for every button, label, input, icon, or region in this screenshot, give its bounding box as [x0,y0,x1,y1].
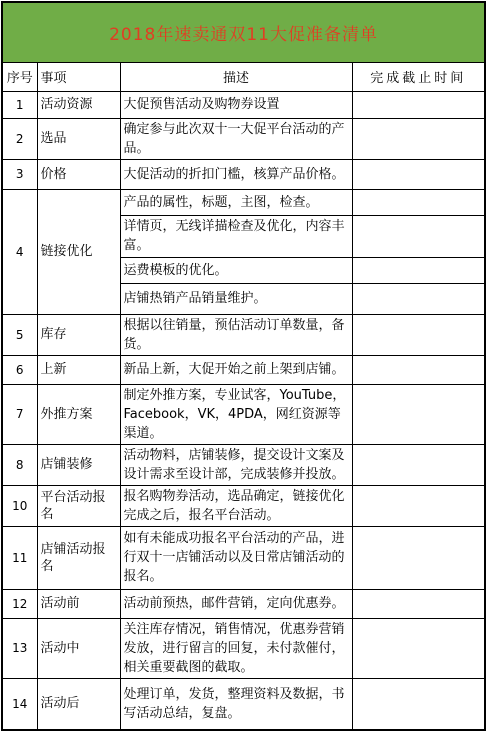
deadline-cell[interactable] [352,355,485,384]
desc-cell[interactable]: 确定参与此次双十一大促平台活动的产品。 [120,118,352,159]
item-cell[interactable]: 外推方案 [37,384,120,444]
no-cell: 10 [2,485,37,526]
item-cell[interactable]: 选品 [37,118,120,159]
desc-cell[interactable]: 大促活动的折扣门槛，核算产品价格。 [120,159,352,189]
no-cell: 2 [2,118,37,159]
deadline-cell[interactable] [352,283,485,314]
table-row: 3 价格 大促活动的折扣门槛，核算产品价格。 [2,159,485,189]
header-desc: 描述 [120,62,352,91]
desc-cell[interactable]: 如有未能成功报名平台活动的产品，进行双十一店铺活动以及日常店铺活动的报名。 [120,526,352,589]
desc-cell[interactable]: 关注库存情况，销售情况，优惠券营销发放，进行留言的回复，未付款催付，相关重要截图… [120,618,352,678]
deadline-cell[interactable] [352,618,485,678]
table-row: 7 外推方案 制定外推方案，专业试客，YouTube，Facebook，VK，4… [2,384,485,444]
desc-cell[interactable]: 新品上新，大促开始之前上架到店铺。 [120,355,352,384]
item-cell[interactable]: 店铺装修 [37,444,120,485]
table-row: 13 活动中 关注库存情况，销售情况，优惠券营销发放，进行留言的回复，未付款催付… [2,618,485,678]
table-row: 2 选品 确定参与此次双十一大促平台活动的产品。 [2,118,485,159]
item-cell[interactable]: 活动前 [37,589,120,618]
page-title: 2018年速卖通双11大促准备清单 [2,2,485,62]
no-cell: 5 [2,314,37,355]
desc-cell[interactable]: 根据以往销量，预估活动订单数量，备货。 [120,314,352,355]
desc-cell[interactable]: 产品的属性，标题，主图，检查。 [120,189,352,215]
deadline-cell[interactable] [352,159,485,189]
no-cell: 3 [2,159,37,189]
no-cell: 11 [2,526,37,589]
no-cell: 1 [2,91,37,118]
no-cell: 14 [2,678,37,730]
no-cell: 12 [2,589,37,618]
desc-cell[interactable]: 详情页，无线详描检查及优化，内容丰富。 [120,215,352,257]
table-row: 8 店铺装修 活动物料，店铺装修，提交设计文案及设计需求至设计部，完成装修并投放… [2,444,485,485]
deadline-cell[interactable] [352,526,485,589]
table-row: 4 链接优化 产品的属性，标题，主图，检查。 [2,189,485,215]
table-row: 5 库存 根据以往销量，预估活动订单数量，备货。 [2,314,485,355]
table-row: 1 活动资源 大促预售活动及购物券设置 [2,91,485,118]
table-row: 12 活动前 活动前预热，邮件营销，定向优惠券。 [2,589,485,618]
desc-cell[interactable]: 报名购物券活动，选品确定，链接优化完成之后，报名平台活动。 [120,485,352,526]
no-cell: 8 [2,444,37,485]
no-cell: 7 [2,384,37,444]
checklist-table: 2018年速卖通双11大促准备清单 序号 事项 描述 完成截止时间 1 活动资源… [1,1,486,731]
desc-cell[interactable]: 大促预售活动及购物券设置 [120,91,352,118]
desc-cell[interactable]: 活动前预热，邮件营销，定向优惠券。 [120,589,352,618]
deadline-cell[interactable] [352,91,485,118]
table-row: 6 上新 新品上新，大促开始之前上架到店铺。 [2,355,485,384]
header-deadline: 完成截止时间 [352,62,485,91]
deadline-cell[interactable] [352,118,485,159]
item-cell[interactable]: 活动资源 [37,91,120,118]
item-cell[interactable]: 活动中 [37,618,120,678]
header-no: 序号 [2,62,37,91]
desc-cell[interactable]: 店铺热销产品销量维护。 [120,283,352,314]
deadline-cell[interactable] [352,678,485,730]
item-cell[interactable]: 价格 [37,159,120,189]
item-cell[interactable]: 库存 [37,314,120,355]
item-cell[interactable]: 活动后 [37,678,120,730]
deadline-cell[interactable] [352,384,485,444]
deadline-cell[interactable] [352,444,485,485]
deadline-cell[interactable] [352,314,485,355]
header-item: 事项 [37,62,120,91]
desc-cell[interactable]: 活动物料，店铺装修，提交设计文案及设计需求至设计部，完成装修并投放。 [120,444,352,485]
deadline-cell[interactable] [352,215,485,257]
deadline-cell[interactable] [352,589,485,618]
deadline-cell[interactable] [352,257,485,283]
item-cell[interactable]: 上新 [37,355,120,384]
desc-cell[interactable]: 制定外推方案，专业试客，YouTube，Facebook，VK，4PDA，网红资… [120,384,352,444]
deadline-cell[interactable] [352,485,485,526]
item-cell[interactable]: 平台活动报名 [37,485,120,526]
table-row: 10 平台活动报名 报名购物券活动，选品确定，链接优化完成之后，报名平台活动。 [2,485,485,526]
no-cell: 4 [2,189,37,314]
table-row: 11 店铺活动报名 如有未能成功报名平台活动的产品，进行双十一店铺活动以及日常店… [2,526,485,589]
desc-cell[interactable]: 运费模板的优化。 [120,257,352,283]
desc-cell[interactable]: 处理订单，发货，整理资料及数据，书写活动总结，复盘。 [120,678,352,730]
item-cell[interactable]: 店铺活动报名 [37,526,120,589]
table-row: 14 活动后 处理订单，发货，整理资料及数据，书写活动总结，复盘。 [2,678,485,730]
no-cell: 6 [2,355,37,384]
deadline-cell[interactable] [352,189,485,215]
item-cell[interactable]: 链接优化 [37,189,120,314]
no-cell: 13 [2,618,37,678]
